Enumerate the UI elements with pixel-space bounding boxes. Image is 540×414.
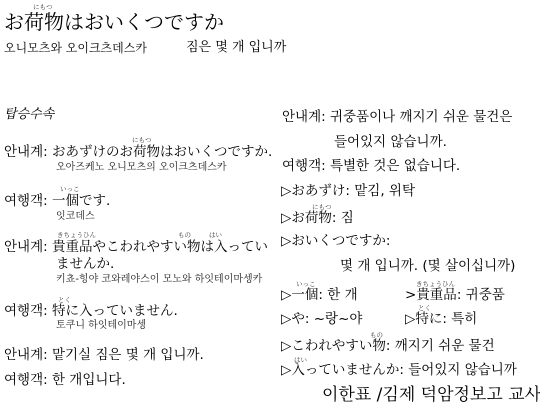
vocab-meaning: 귀중품 <box>466 287 505 303</box>
speaker-label: 여행객: <box>4 372 48 388</box>
japanese-text: 特に入っていません. <box>52 303 178 319</box>
vocab-meaning: 맡김, 위탁 <box>354 183 415 199</box>
vocab-item: ▷おあずけ: 맡김, 위탁 <box>281 183 415 199</box>
author-credit: 이한표 /김제 덕암정보고 교사 <box>322 385 540 405</box>
vocab-term: おあずけ <box>291 183 345 199</box>
pronunciation: 오아즈케노 오니모츠의 오이크츠데스카 <box>56 162 227 174</box>
pronunciation: 키쵸-힝야 코와레야스이 모노와 하잇테이마셍카 <box>56 274 262 286</box>
dialogue-line: 여행객: 一個です. <box>4 193 110 209</box>
furigana: にもつ <box>132 137 152 144</box>
vocab-term: こわれやすい物 <box>291 338 386 354</box>
vocab-meaning: 특히 <box>451 311 477 327</box>
vocab-term: や <box>291 311 305 327</box>
separator: : <box>345 183 354 199</box>
vocab-item: ▷お荷物: 짐 <box>281 210 354 226</box>
vocab-meaning: 들어있지 않습니까 <box>408 362 517 378</box>
vocab-item: ▷こわれやすい物: 깨지기 쉬운 물건 <box>281 338 495 354</box>
dialogue-line: 안내계: おあずけのお荷物はおいくつですか. <box>4 144 272 160</box>
vocab-meaning-continued: 몇 개 입니까. (몇 살이십니까) <box>340 258 515 274</box>
furigana: きちょうひん <box>57 232 96 239</box>
speaker-label: 여행객: <box>4 303 48 319</box>
speaker-label: 여행객: <box>282 158 326 174</box>
vocab-term: 貴重品 <box>416 287 457 303</box>
speaker-label: 안내계: <box>4 144 48 160</box>
korean-text: 특별한 것은 없습니다. <box>330 158 460 174</box>
japanese-text: 一個です. <box>52 193 110 209</box>
furigana: はい <box>209 232 222 239</box>
section-heading: 탑승수속 <box>4 103 54 122</box>
bullet-icon: ▷ <box>281 311 291 327</box>
vocab-item: ▷一個: 한 개 <box>281 287 358 303</box>
furigana: もの <box>178 232 191 239</box>
vocab-term: お荷物 <box>291 210 332 226</box>
separator: : <box>332 210 341 226</box>
dialogue-line: 안내계: 貴重品やこわれやすい物は入ってい <box>4 239 268 255</box>
vocab-meaning: ~랑~야 <box>314 311 363 327</box>
bullet-icon: ▷ <box>281 338 291 354</box>
speaker-label: 여행객: <box>4 193 48 209</box>
separator: : <box>386 338 395 354</box>
korean-text: 귀중품이나 깨지기 쉬운 물건은 <box>330 109 512 125</box>
dialogue-line: 여행객: 特に入っていません. <box>4 303 178 319</box>
vocab-item: ▷おいくつですか: <box>281 233 390 249</box>
vocab-term: 特に <box>415 311 442 327</box>
separator: : <box>399 362 408 378</box>
dialogue-line: 여행객: 특별한 것은 없습니다. <box>282 158 460 174</box>
vocab-term: 一個 <box>291 287 318 303</box>
bullet-icon: > <box>405 287 416 303</box>
vocab-meaning: 깨지기 쉬운 물건 <box>395 338 495 354</box>
speaker-label: 안내계: <box>4 347 48 363</box>
bullet-icon: ▷ <box>281 183 291 199</box>
separator: : <box>318 287 327 303</box>
separator: : <box>442 311 451 327</box>
speaker-label: 안내계: <box>4 239 48 255</box>
vocab-meaning: 한 개 <box>327 287 357 303</box>
vocab-item: >貴重品: 귀중품 <box>405 287 505 303</box>
bullet-icon: ▷ <box>281 362 291 378</box>
dialogue-line: 여행객: 한 개입니다. <box>4 372 126 388</box>
pronunciation: 잇코데스 <box>56 211 95 223</box>
furigana: いっこ <box>60 186 80 193</box>
vocab-meaning: 짐 <box>341 210 354 226</box>
vocab-item: ▷入っていませんか: 들어있지 않습니까 <box>281 362 517 378</box>
korean-text: 맡기실 짐은 몇 개 입니까. <box>52 347 204 363</box>
vocab-term: おいくつですか <box>291 233 386 249</box>
separator: : <box>305 311 314 327</box>
pronunciation: 토쿠니 하잇테이마셍 <box>56 320 146 332</box>
vocab-item: ▷特に: 특히 <box>405 311 477 327</box>
title-pronunciation: 오니모츠와 오이크츠데스카 <box>4 41 147 55</box>
dialogue-line: 안내계: 맡기실 짐은 몇 개 입니까. <box>4 347 204 363</box>
bullet-icon: ▷ <box>281 210 291 226</box>
japanese-text: 貴重品やこわれやすい物は入ってい <box>52 239 268 255</box>
title-translation: 짐은 몇 개 입니까 <box>186 40 286 55</box>
japanese-text: おあずけのお荷物はおいくつですか. <box>52 144 272 160</box>
japanese-text-continued: ませんか. <box>56 256 114 272</box>
korean-text: 한 개입니다. <box>52 372 126 388</box>
korean-text-continued: 들어있지 않습니까. <box>334 134 447 150</box>
dialogue-line: 안내계: 귀중품이나 깨지기 쉬운 물건은 <box>282 109 512 125</box>
page-title: お荷物はおいくつですか <box>4 11 224 33</box>
separator: : <box>386 233 391 249</box>
bullet-icon: ▷ <box>281 287 291 303</box>
vocab-item: ▷や: ~랑~야 <box>281 311 362 327</box>
vocab-term: 入っていませんか <box>291 362 399 378</box>
bullet-icon: ▷ <box>405 311 415 327</box>
bullet-icon: ▷ <box>281 233 291 249</box>
speaker-label: 안내계: <box>282 109 326 125</box>
separator: : <box>457 287 466 303</box>
